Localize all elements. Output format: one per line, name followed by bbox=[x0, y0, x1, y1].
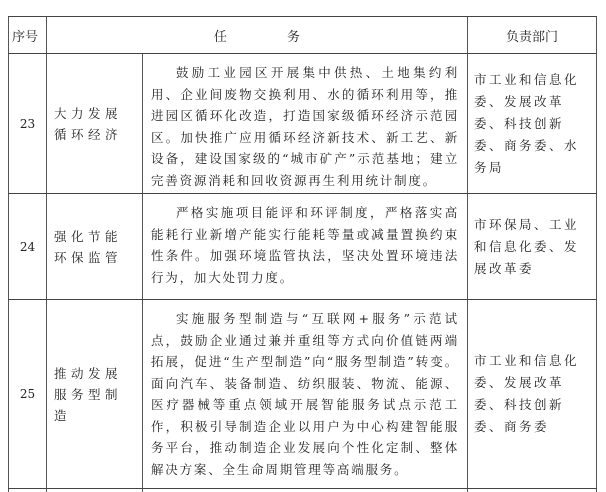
row-department: 市环保局、工业和信息化委、发展改革委 bbox=[467, 194, 597, 299]
row-task: 严格实施项目能评和环评制度，严格落实高能耗行业新增产能实行能耗等量或减量置换约束… bbox=[142, 194, 467, 299]
header-department: 负责部门 bbox=[467, 17, 597, 53]
task-table: 序号 任 务 负责部门 23 大力发展循环经济 鼓励工业园区开展集中供热、土地集… bbox=[8, 16, 597, 492]
table-row: 23 大力发展循环经济 鼓励工业园区开展集中供热、土地集约利用、企业间废物交换利… bbox=[8, 54, 597, 194]
row-name: 推动发展服务型制造 bbox=[46, 300, 142, 488]
row-task: 实施服务型制造与“互联网+服务”示范试点，鼓励企业通过兼并重组等方式向价值链两端… bbox=[142, 300, 467, 488]
row-index: 25 bbox=[8, 300, 46, 488]
table-row: 25 推动发展服务型制造 实施服务型制造与“互联网+服务”示范试点，鼓励企业通过… bbox=[8, 300, 597, 489]
row-department: 市工业和信息化委、发展改革委、科技创新委、商务委、水务局 bbox=[467, 54, 597, 193]
row-index: 23 bbox=[8, 54, 46, 193]
table-row: 24 强化节能环保监管 严格实施项目能评和环评制度，严格落实高能耗行业新增产能实… bbox=[8, 194, 597, 300]
table-header: 序号 任 务 负责部门 bbox=[8, 16, 597, 54]
row-name: 强化节能环保监管 bbox=[46, 194, 142, 299]
row-task: 鼓励工业园区开展集中供热、土地集约利用、企业间废物交换利用、水的循环利用等，推进… bbox=[142, 54, 467, 193]
header-index: 序号 bbox=[8, 17, 46, 53]
header-task: 任 务 bbox=[46, 17, 467, 53]
row-department: 市工业和信息化委、发展改革委、科技创新委、商务委 bbox=[467, 300, 597, 488]
row-index: 24 bbox=[8, 194, 46, 299]
row-name: 大力发展循环经济 bbox=[46, 54, 142, 193]
